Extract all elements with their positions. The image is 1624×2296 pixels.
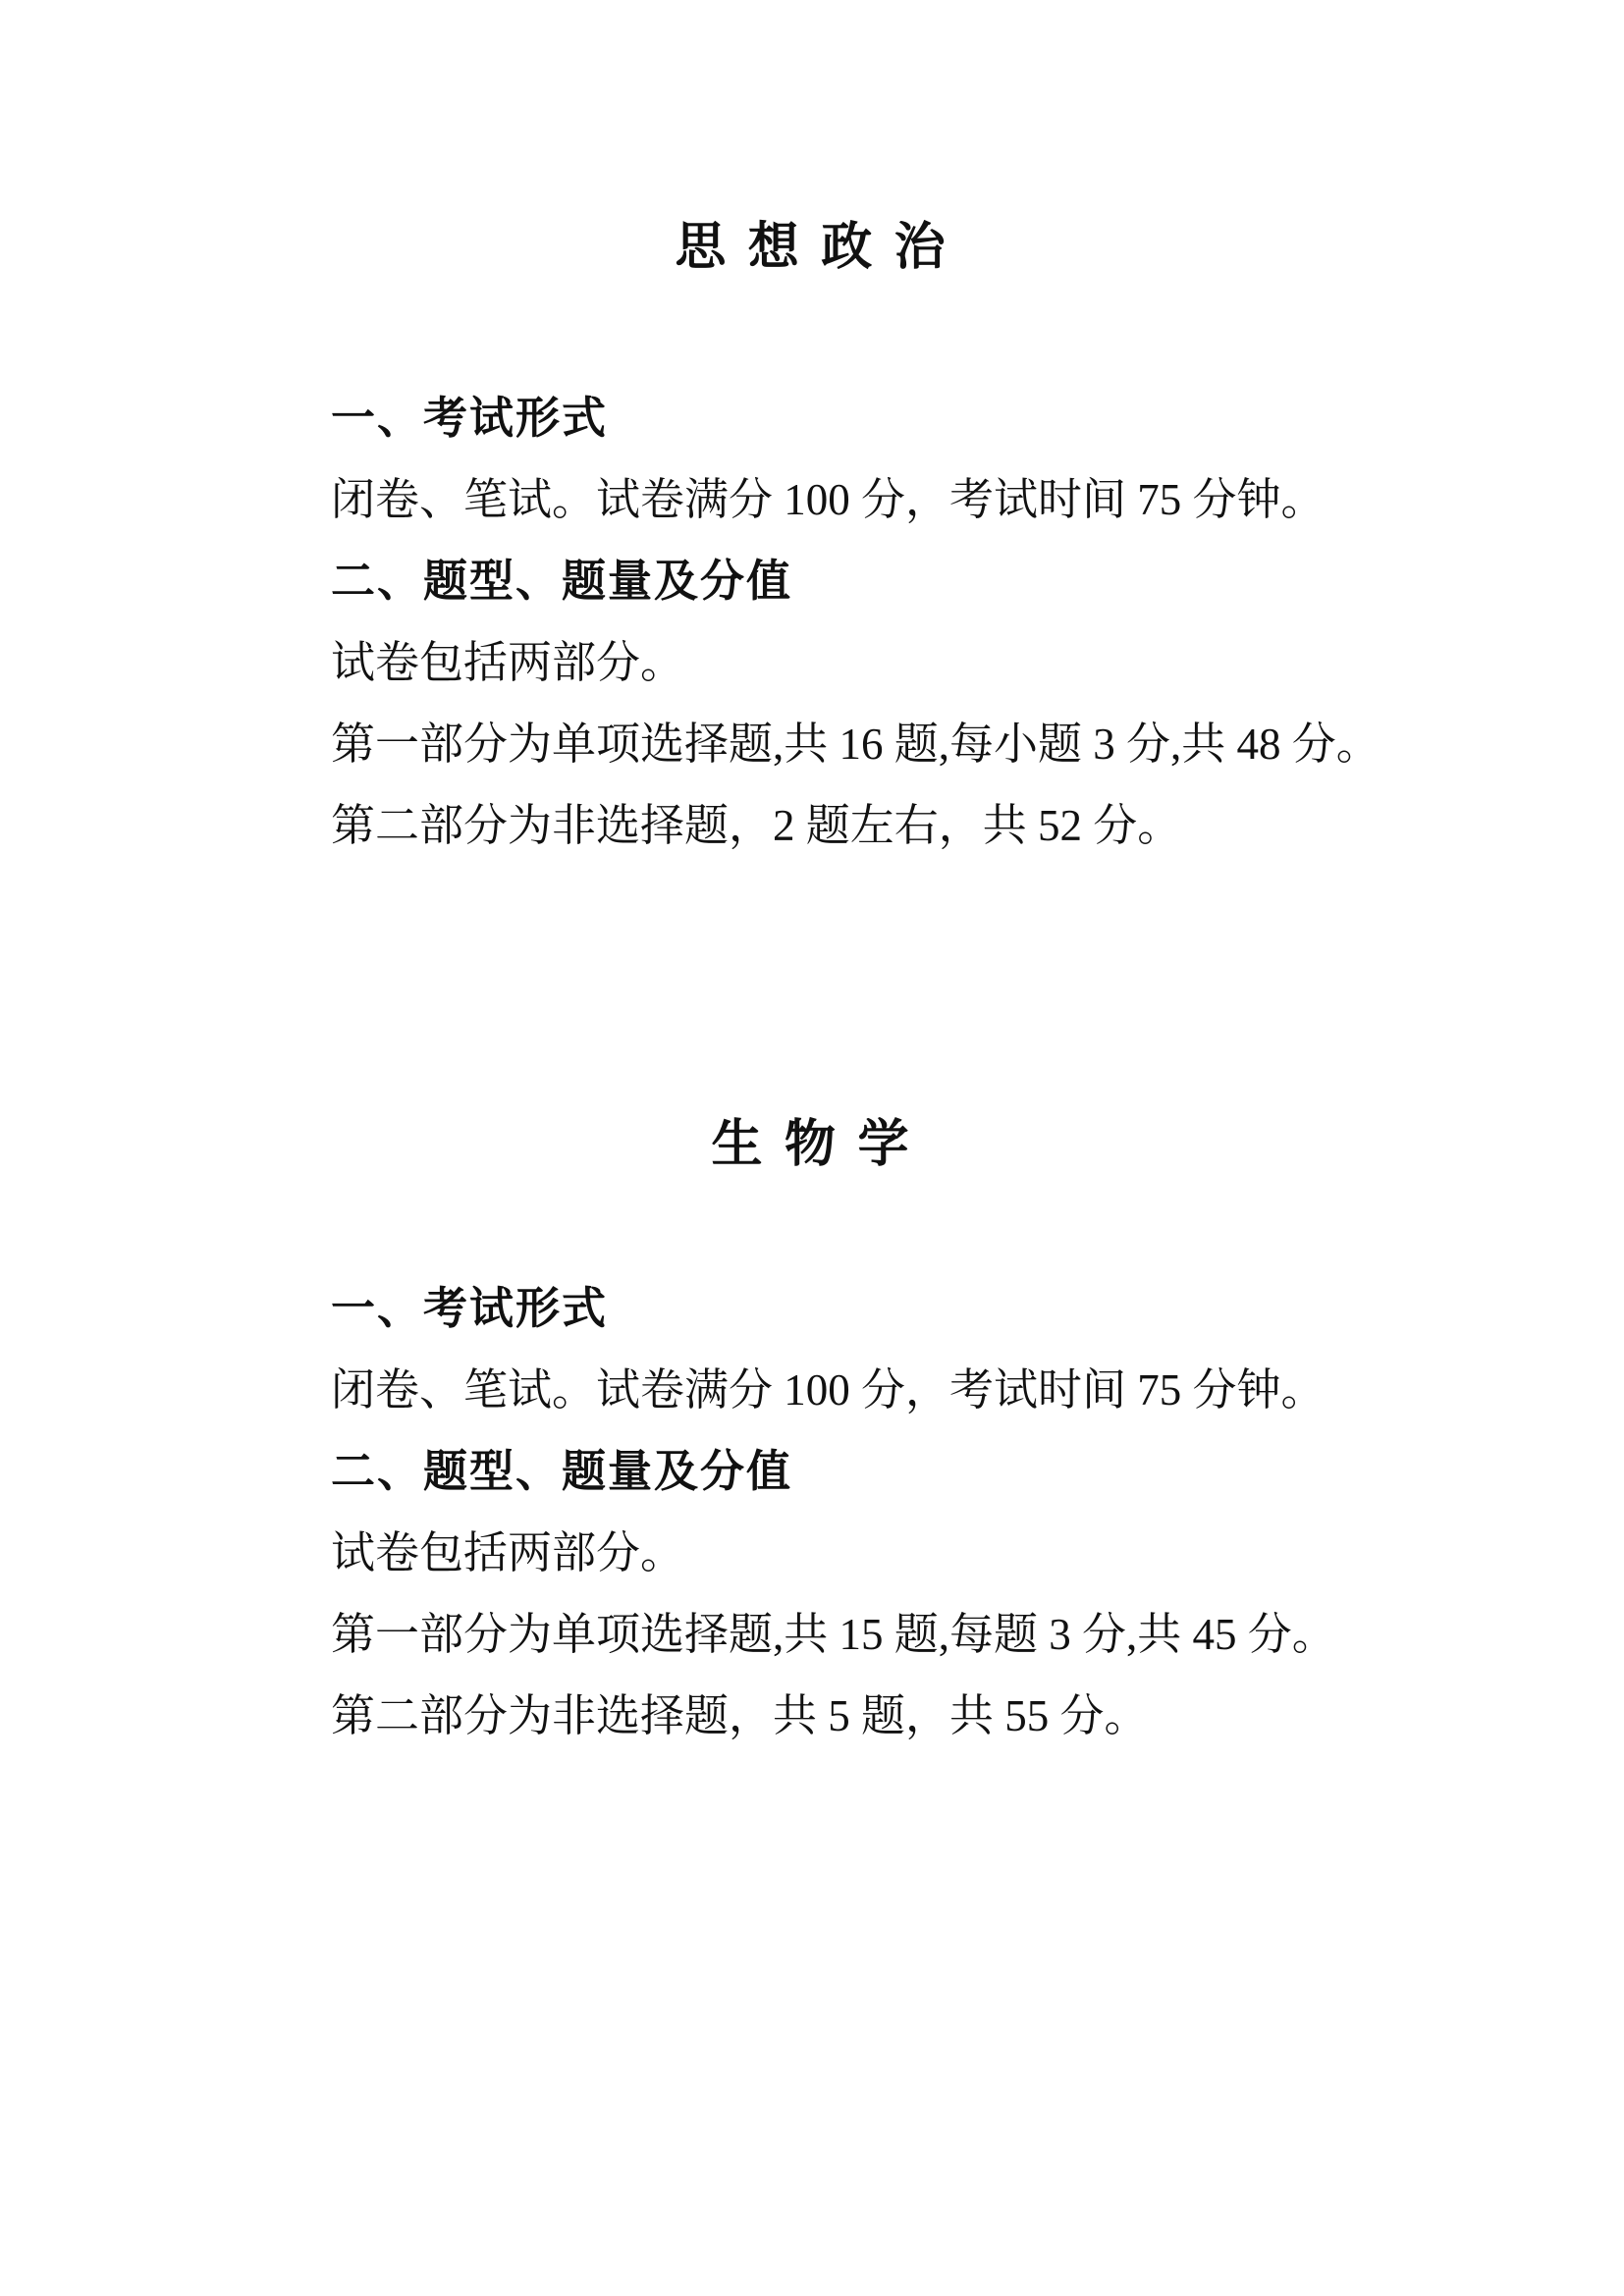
paragraph-part-two: 第二部分为非选择题，共 5 题，共 55 分。 <box>331 1676 1401 1757</box>
subject-title-biology: 生 物 学 <box>0 1115 1624 1174</box>
paragraph-part-two: 第二部分为非选择题，2 题左右，共 52 分。 <box>331 785 1401 867</box>
paragraph-part-one: 第一部分为单项选择题,共 16 题,每小题 3 分,共 48 分。 <box>331 704 1401 785</box>
section-biology: 一、考试形式 闭卷、笔试。试卷满分 100 分，考试时间 75 分钟。 二、题型… <box>331 1268 1401 1757</box>
paragraph-exam-form: 闭卷、笔试。试卷满分 100 分，考试时间 75 分钟。 <box>331 1350 1401 1431</box>
paragraph-exam-form: 闭卷、笔试。试卷满分 100 分，考试时间 75 分钟。 <box>331 459 1401 541</box>
paragraph-part-one: 第一部分为单项选择题,共 15 题,每题 3 分,共 45 分。 <box>331 1594 1401 1676</box>
paragraph-two-parts: 试卷包括两部分。 <box>331 1513 1401 1594</box>
section-heading-exam-form: 一、考试形式 <box>331 1268 1401 1350</box>
subject-title-politics: 思 想 政 治 <box>0 218 1624 277</box>
section-politics: 一、考试形式 闭卷、笔试。试卷满分 100 分，考试时间 75 分钟。 二、题型… <box>331 378 1401 867</box>
section-heading-question-types: 二、题型、题量及分值 <box>331 541 1401 622</box>
section-heading-question-types: 二、题型、题量及分值 <box>331 1431 1401 1513</box>
section-heading-exam-form: 一、考试形式 <box>331 378 1401 459</box>
paragraph-two-parts: 试卷包括两部分。 <box>331 622 1401 704</box>
document-page: 思 想 政 治 一、考试形式 闭卷、笔试。试卷满分 100 分，考试时间 75 … <box>0 0 1624 2296</box>
